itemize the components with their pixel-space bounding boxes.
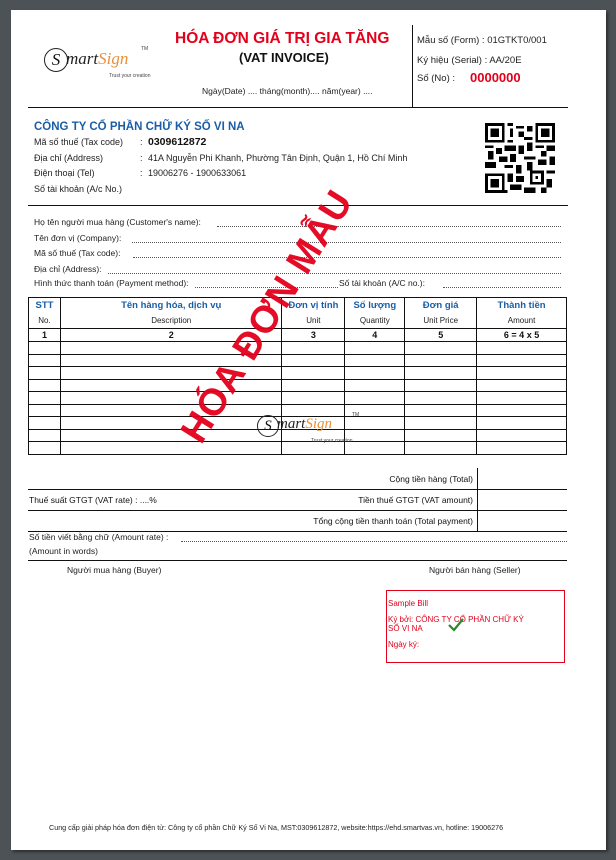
- seller-tax-label: Mã số thuế (Tax code): [34, 137, 123, 147]
- footer-provider-text: Cung cấp giải pháp hóa đơn điện tử: Công…: [49, 823, 503, 832]
- buyer-name-label: Họ tên người mua hàng (Customer's name):: [34, 217, 201, 227]
- table-column-numbers: 1 2 3 4 5 6 = 4 x 5: [29, 329, 567, 342]
- invoice-no-value: 0000000: [470, 70, 521, 85]
- signature-rule: [28, 560, 567, 561]
- invoice-title: HÓA ĐƠN GIÁ TRỊ GIA TĂNG: [175, 30, 389, 48]
- seller-tel-label: Điện thoại (Tel): [34, 168, 95, 178]
- amount-words-label-en: (Amount in words): [29, 546, 98, 556]
- buyer-account-field[interactable]: [443, 287, 561, 288]
- invoice-page: S martSign TM Trust your creation HÓA ĐƠ…: [11, 10, 606, 850]
- table-header-en: No. Description Unit Quantity Unit Price…: [29, 313, 567, 329]
- invoice-subtitle: (VAT INVOICE): [239, 50, 329, 65]
- buyer-address-field[interactable]: [108, 273, 561, 274]
- table-row: [29, 367, 567, 380]
- smartsign-logo: S martSign TM Trust your creation: [44, 48, 154, 88]
- buyer-name-field[interactable]: [217, 226, 561, 227]
- col-header-quantity: Số lượng: [345, 298, 405, 314]
- buyer-tax-label: Mã số thuế (Tax code):: [34, 248, 120, 258]
- stamp-sign-date: Ngày ký:: [388, 640, 419, 649]
- table-row: [29, 354, 567, 367]
- table-row: [29, 392, 567, 405]
- total-label: Cộng tiền hàng (Total): [389, 474, 473, 484]
- vat-amount-value: [477, 489, 567, 510]
- total-payment-label: Tổng cộng tiền thanh toán (Total payment…: [313, 516, 473, 526]
- seller-bottom-rule: [28, 205, 568, 206]
- table-row: [29, 342, 567, 355]
- buyer-signature-label: Người mua hàng (Buyer): [67, 565, 161, 575]
- smartsign-logo-watermark: S martSign TM Trust your creation: [257, 415, 367, 455]
- total-payment-row: Tổng cộng tiền thanh toán (Total payment…: [28, 510, 567, 532]
- vat-amount-label: Tiền thuế GTGT (VAT amount): [358, 495, 473, 505]
- date-line: Ngày(Date) .... tháng(month).... năm(yea…: [202, 86, 373, 96]
- stamp-sample-bill: Sample Bill: [388, 599, 428, 608]
- seller-signature-label: Người bán hàng (Seller): [429, 565, 521, 575]
- total-value: [477, 468, 567, 489]
- qr-code-icon: [485, 122, 555, 194]
- seller-address-label: Địa chỉ (Address): [34, 153, 103, 163]
- amount-words-field[interactable]: [181, 541, 567, 542]
- col-header-amount: Thành tiền: [477, 298, 567, 314]
- seller-address-value: 41A Nguyễn Phi Khanh, Phường Tân Định, Q…: [148, 153, 407, 163]
- vat-rate-label: Thuế suất GTGT (VAT rate) : ....%: [29, 495, 157, 505]
- total-payment-value: [477, 510, 567, 531]
- invoice-no-label: Số (No) :: [417, 73, 455, 84]
- total-row: Cộng tiền hàng (Total): [28, 468, 567, 490]
- digital-signature-stamp[interactable]: Sample Bill Ký bởi: CÔNG TY CỔ PHẦN CHỮ …: [386, 590, 565, 663]
- buyer-account-label: Số tài khoản (A/C no.):: [339, 278, 425, 288]
- serial-number: Ký hiệu (Serial) : AA/20E: [417, 55, 522, 66]
- header-divider: [412, 25, 413, 108]
- col-header-stt: STT: [29, 298, 61, 314]
- header-bottom-rule: [28, 107, 568, 108]
- buyer-tax-field[interactable]: [133, 257, 561, 258]
- buyer-company-field[interactable]: [132, 242, 561, 243]
- vat-row: Thuế suất GTGT (VAT rate) : ....% Tiền t…: [28, 489, 567, 511]
- amount-words-label: Số tiền viết bằng chữ (Amount rate) :: [29, 532, 168, 542]
- stamp-signer-name: SỐ VI NA: [388, 624, 423, 633]
- buyer-address-label: Địa chỉ (Address):: [34, 264, 102, 274]
- checkmark-icon: [448, 617, 464, 633]
- col-header-unit-price: Đơn giá: [405, 298, 477, 314]
- logo-s-circle: S: [44, 48, 68, 72]
- payment-method-label: Hình thức thanh toán (Payment method):: [34, 278, 189, 288]
- seller-tax-value: 0309612872: [148, 136, 206, 148]
- form-number: Mẫu số (Form) : 01GTKT0/001: [417, 35, 547, 46]
- seller-tel-value: 19006276 - 1900633061: [148, 168, 246, 178]
- seller-account-label: Số tài khoản (A/c No.): [34, 184, 122, 194]
- table-row: [29, 379, 567, 392]
- seller-company-name: CÔNG TY CỔ PHẦN CHỮ KÝ SỐ VI NA: [34, 121, 245, 133]
- buyer-company-label: Tên đơn vị (Company):: [34, 233, 121, 243]
